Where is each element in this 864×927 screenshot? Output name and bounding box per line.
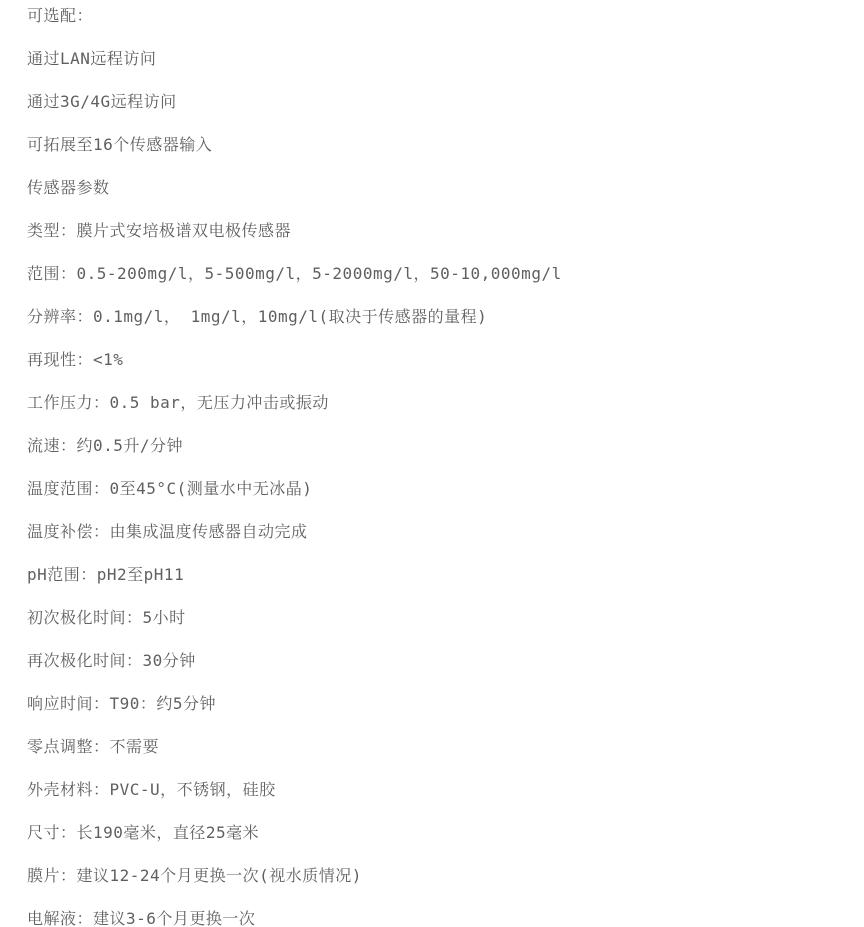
spec-line: 电解液：建议3-6个月更换一次 — [27, 911, 844, 927]
spec-line: 类型：膜片式安培极谱双电极传感器 — [27, 223, 844, 239]
spec-line: 范围：0.5-200mg/l，5-500mg/l，5-2000mg/l，50-1… — [27, 266, 844, 282]
spec-line: 温度补偿：由集成温度传感器自动完成 — [27, 524, 844, 540]
spec-line: 初次极化时间：5小时 — [27, 610, 844, 626]
spec-line: 传感器参数 — [27, 180, 844, 196]
spec-line: 温度范围：0至45°C(测量水中无冰晶) — [27, 481, 844, 497]
spec-line: 可拓展至16个传感器输入 — [27, 137, 844, 153]
spec-line: 工作压力：0.5 bar，无压力冲击或振动 — [27, 395, 844, 411]
spec-line: 流速：约0.5升/分钟 — [27, 438, 844, 454]
spec-line: 可选配： — [27, 8, 844, 24]
spec-line: 外壳材料：PVC-U，不锈钢，硅胶 — [27, 782, 844, 798]
product-spec-document: 可选配：通过LAN远程访问通过3G/4G远程访问可拓展至16个传感器输入传感器参… — [0, 0, 864, 927]
spec-line: 零点调整：不需要 — [27, 739, 844, 755]
spec-line: 膜片：建议12-24个月更换一次(视水质情况) — [27, 868, 844, 884]
spec-line: 响应时间：T90：约5分钟 — [27, 696, 844, 712]
spec-line: 分辨率：0.1mg/l， 1mg/l，10mg/l(取决于传感器的量程) — [27, 309, 844, 325]
spec-line: 通过3G/4G远程访问 — [27, 94, 844, 110]
spec-line: 通过LAN远程访问 — [27, 51, 844, 67]
spec-line: 再次极化时间：30分钟 — [27, 653, 844, 669]
spec-line: 尺寸：长190毫米，直径25毫米 — [27, 825, 844, 841]
spec-line: pH范围：pH2至pH11 — [27, 567, 844, 583]
spec-line: 再现性：<1% — [27, 352, 844, 368]
